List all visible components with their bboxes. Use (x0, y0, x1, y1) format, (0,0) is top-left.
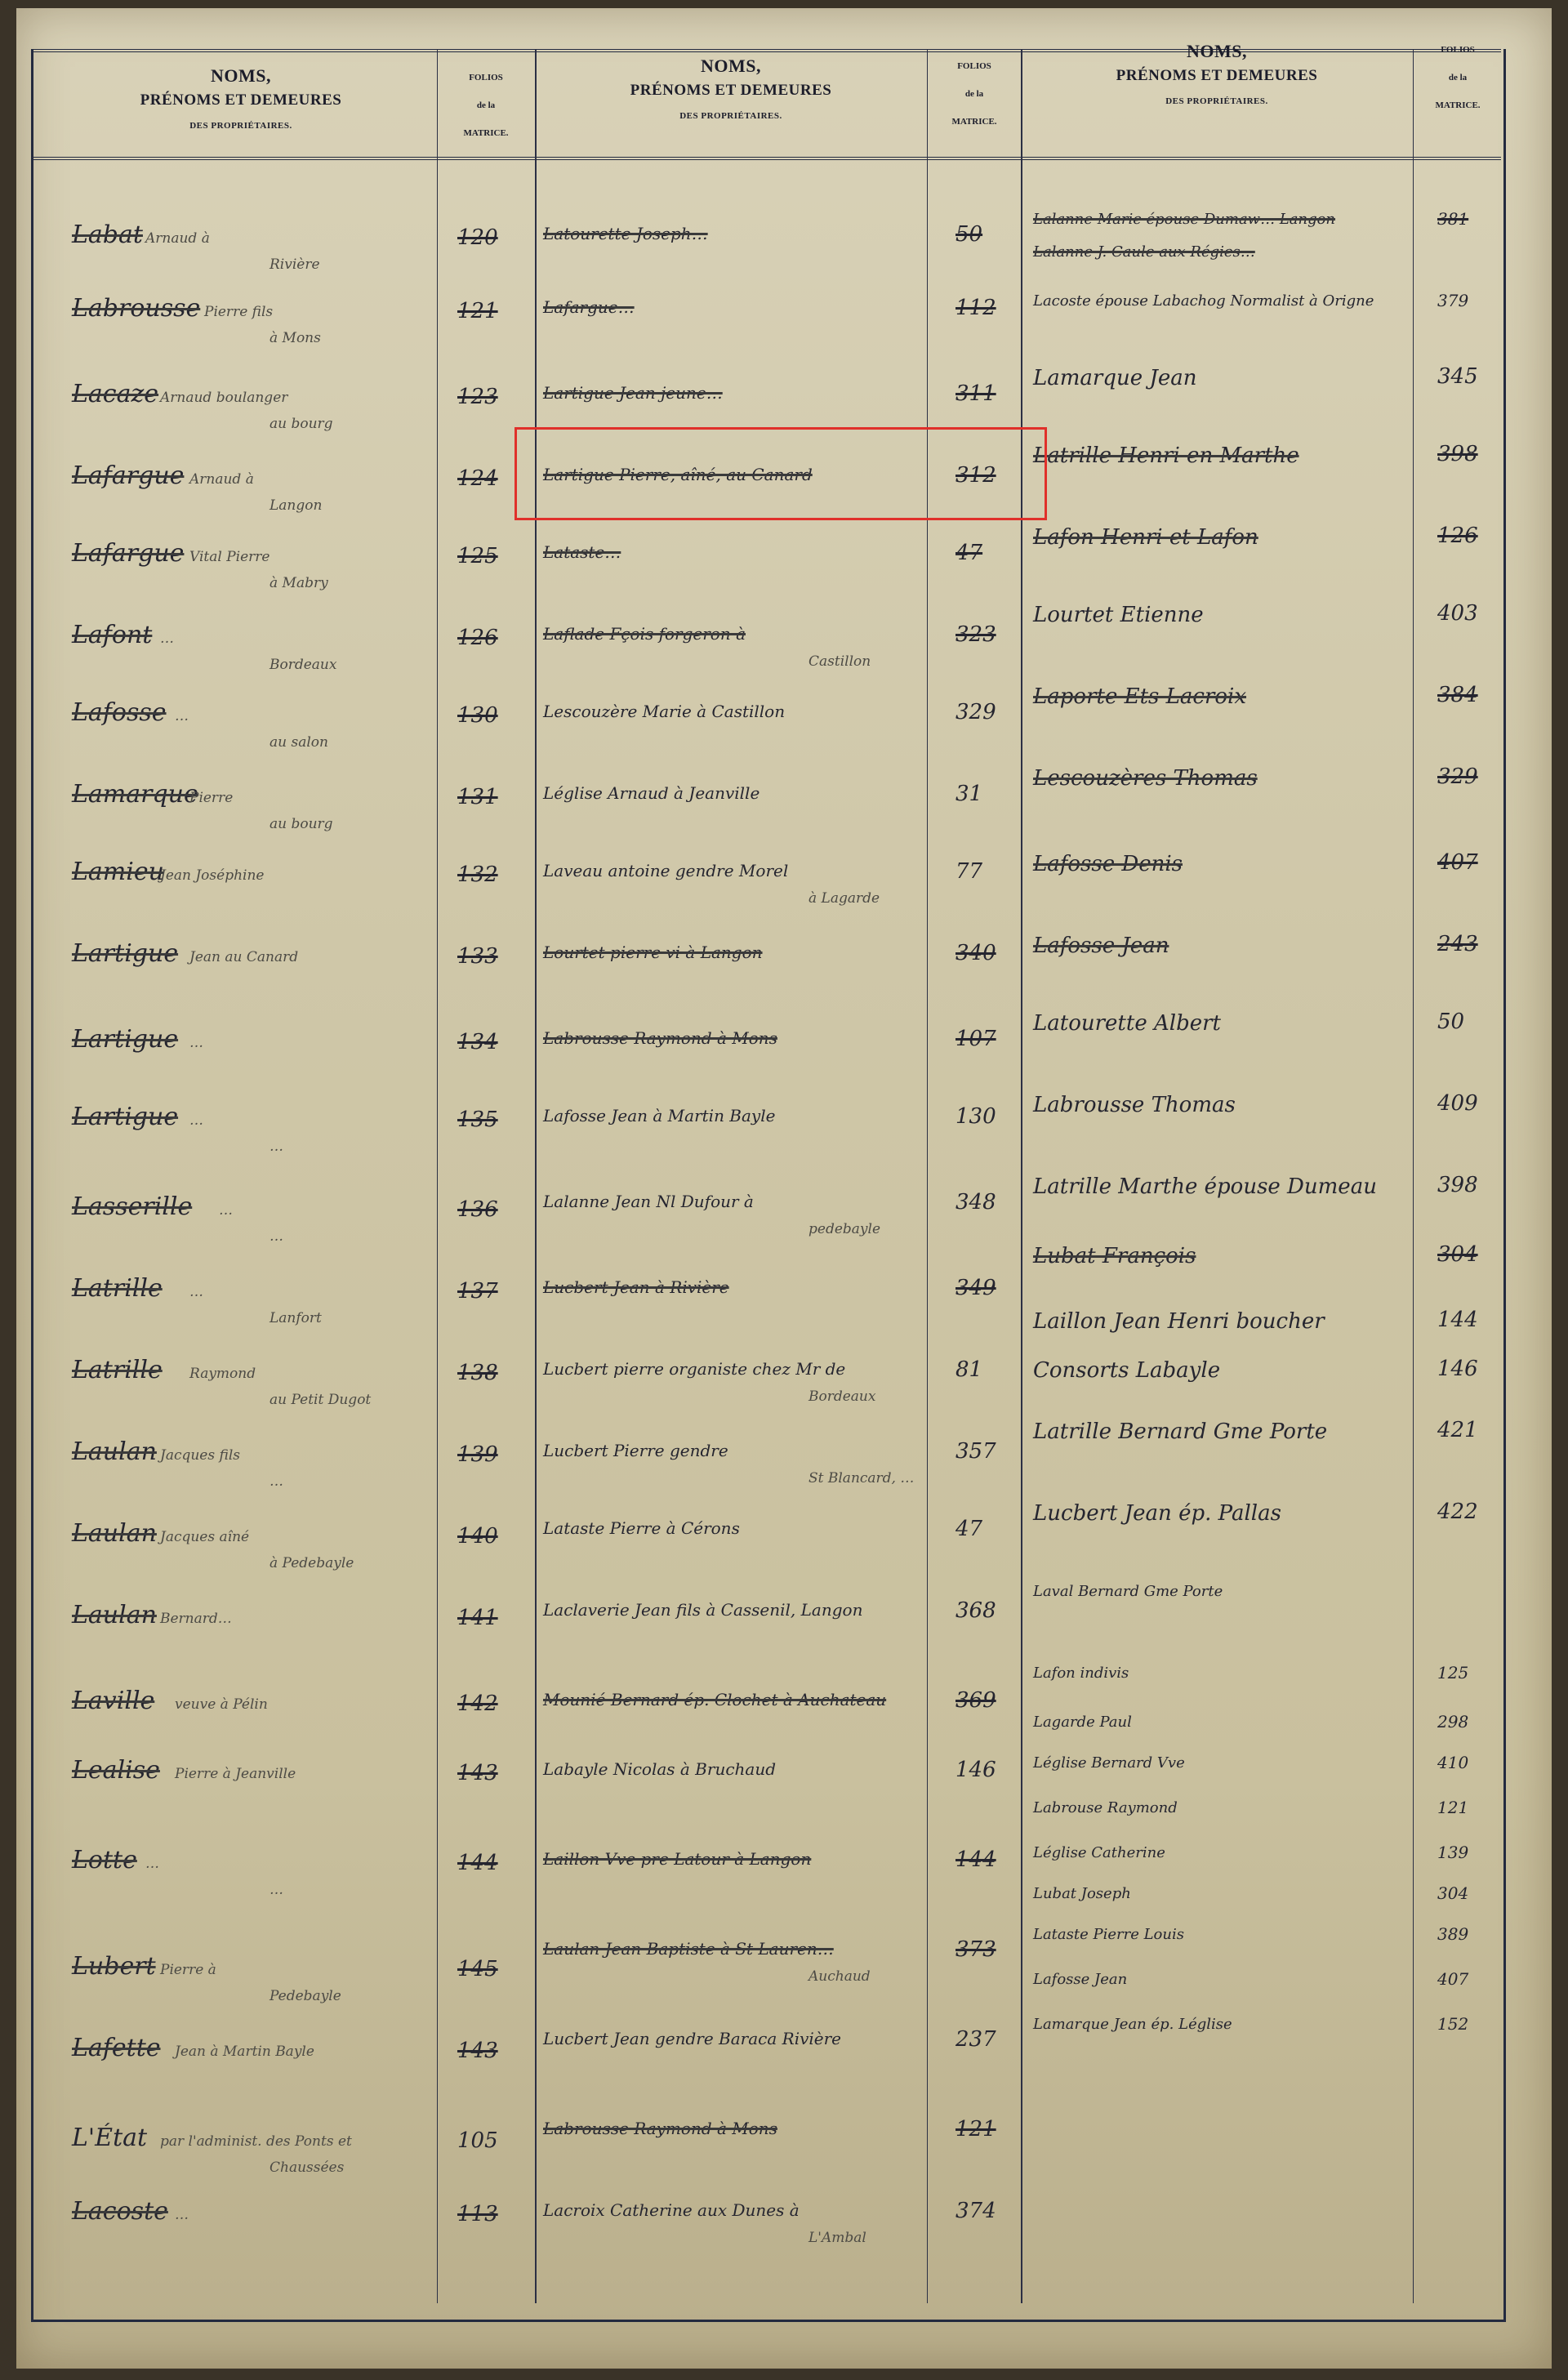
entry-name: Lalanne J. Caule aux Régies… (1033, 243, 1255, 261)
entry-detail: Jacques aîné (160, 1529, 249, 1545)
entry-residence: … (269, 1473, 283, 1490)
entry-name: Laporte Ets Lacroix (1033, 684, 1246, 709)
folio-label: FOLIOS (439, 64, 533, 91)
entry-folio: 77 (955, 859, 982, 884)
entry-name: Lafosse Jean (1033, 1971, 1127, 1988)
column-divider (535, 49, 537, 2303)
entry-name: Lafosse Denis (1033, 852, 1183, 876)
entry-name: Laillon Vve pre Latour à Langon (543, 1849, 811, 1869)
entry-folio: 113 (457, 2202, 498, 2226)
entry-folio: 298 (1437, 1712, 1468, 1732)
entry-name: Lalanne Jean Nl Dufour à (543, 1192, 754, 1211)
folio-label: de la (439, 91, 533, 119)
entry-folio: 389 (1437, 1924, 1468, 1944)
header-folios-2: FOLIOS de la MATRICE. (929, 52, 1020, 136)
entry-residence: au bourg (269, 416, 333, 432)
entry-folio: 323 (955, 622, 996, 647)
folio-label: de la (1414, 64, 1501, 91)
entry-folio: 237 (955, 2027, 996, 2052)
entry-residence: Bordeaux (808, 1388, 875, 1405)
entry-folio: 135 (457, 1108, 498, 1132)
entry-name: Laulan (72, 1601, 157, 1629)
entry-folio: 398 (1437, 1173, 1478, 1197)
header-subtitle: PRÉNOMS ET DEMEURES (539, 78, 923, 103)
entry-name: Latrille Marthe épouse Dumeau (1033, 1174, 1377, 1199)
entry-name: L'État (72, 2124, 147, 2152)
entry-detail: Jacques fils (160, 1447, 240, 1464)
column-divider (1413, 49, 1414, 2303)
entry-folio: 121 (457, 299, 498, 323)
entry-name: Lartigue (72, 939, 178, 968)
entry-name: Lucbert pierre organiste chez Mr de (543, 1359, 845, 1379)
entry-name: Lafon indivis (1033, 1665, 1129, 1682)
entry-name: Lacoste (72, 2197, 168, 2226)
entry-name: Lacaze (72, 380, 158, 408)
entry-folio: 409 (1437, 1091, 1478, 1116)
entry-residence: au bourg (269, 816, 333, 832)
entry-name: Lataste Pierre à Cérons (543, 1518, 740, 1538)
entry-detail: Pierre à Jeanville (175, 1766, 296, 1782)
entry-name: Lotte (72, 1846, 137, 1874)
entry-name: Lafargue… (543, 297, 635, 317)
header-subtitle: PRÉNOMS ET DEMEURES (1025, 64, 1409, 88)
entry-name: Lescouzères Thomas (1033, 766, 1258, 791)
entry-name: Lucbert Jean ép. Pallas (1033, 1501, 1281, 1526)
entry-folio: 384 (1437, 683, 1478, 707)
entry-name: Lubat Joseph (1033, 1885, 1131, 1902)
entry-name: Laulan (72, 1519, 157, 1548)
entry-folio: 125 (457, 544, 498, 568)
entry-folio: 141 (457, 1606, 498, 1630)
header-names-2: NOMS, PRÉNOMS ET DEMEURES DES PROPRIÉTAI… (539, 54, 923, 121)
entry-folio: 126 (457, 626, 498, 650)
entry-folio: 139 (1437, 1843, 1468, 1862)
entry-folio: 125 (1437, 1663, 1468, 1682)
entry-residence: pedebayle (808, 1221, 880, 1237)
column-divider (927, 49, 928, 2303)
highlight-box[interactable] (514, 427, 1047, 520)
entry-folio: 304 (1437, 1883, 1468, 1903)
entry-folio: 146 (1437, 1357, 1478, 1381)
entry-name: Lamarque Jean ép. Léglise (1033, 2016, 1232, 2033)
entry-detail: … (175, 708, 189, 724)
entry-name: Lourtet Etienne (1033, 603, 1204, 627)
entry-detail: … (189, 1112, 203, 1129)
entry-name: Labrousse Thomas (1033, 1093, 1236, 1117)
entry-detail: Bernard… (160, 1611, 232, 1627)
entry-detail: Raymond (189, 1366, 256, 1382)
entry-folio: 410 (1437, 1753, 1468, 1772)
entry-residence: St Blancard, … (808, 1470, 914, 1486)
entry-folio: 142 (457, 1691, 498, 1716)
entry-name: Lacoste épouse Labachog Normalist à Orig… (1033, 292, 1374, 310)
entry-detail: Arnaud boulanger (160, 390, 287, 406)
folio-label: MATRICE. (439, 119, 533, 147)
header-title: NOMS, (49, 64, 433, 88)
entry-residence: Pedebayle (269, 1988, 341, 2004)
entry-folio: 50 (955, 222, 982, 247)
entry-residence: Chaussées (269, 2159, 344, 2176)
entry-folio: 348 (955, 1190, 996, 1215)
entry-folio: 105 (457, 2128, 498, 2153)
entry-detail: Arnaud à (189, 471, 254, 488)
entry-folio: 403 (1437, 601, 1478, 626)
entry-name: Latrille (72, 1356, 163, 1384)
entry-folio: 349 (955, 1276, 996, 1300)
entry-residence: Castillon (808, 653, 871, 670)
entry-name: Lourtet pierre vi à Langon (543, 943, 763, 962)
entry-folio: 407 (1437, 850, 1478, 875)
entry-detail: … (175, 2207, 189, 2223)
entry-folio: 304 (1437, 1242, 1478, 1267)
header-caption: DES PROPRIÉTAIRES. (1025, 96, 1409, 106)
entry-name: Lartigue (72, 1025, 178, 1054)
header-subtitle: PRÉNOMS ET DEMEURES (49, 88, 433, 113)
entry-detail: … (189, 1035, 203, 1051)
entry-detail: … (160, 631, 174, 647)
entry-residence: … (269, 1139, 283, 1155)
entry-name: Lafont (72, 621, 152, 649)
entry-residence: à Mons (269, 330, 321, 346)
entry-folio: 50 (1437, 1009, 1464, 1034)
entry-name: Laillon Jean Henri boucher (1033, 1309, 1325, 1334)
entry-name: Consorts Labayle (1033, 1358, 1220, 1383)
entry-detail: veuve à Pélin (175, 1696, 268, 1713)
entry-name: Lubert (72, 1952, 156, 1981)
entry-name: Lubat François (1033, 1244, 1196, 1268)
entry-folio: 112 (955, 296, 996, 320)
entry-name: Lealise (72, 1756, 160, 1785)
folio-label: de la (929, 80, 1020, 108)
entry-residence: … (269, 1228, 283, 1245)
entry-residence: Lanfort (269, 1310, 322, 1326)
entry-name: Lafargue (72, 461, 184, 490)
entry-folio: 132 (457, 862, 498, 887)
entry-name: Labrouse Raymond (1033, 1799, 1178, 1816)
entry-name: Lucbert Pierre gendre (543, 1441, 728, 1460)
header-names-1: NOMS, PRÉNOMS ET DEMEURES DES PROPRIÉTAI… (49, 64, 433, 131)
entry-folio: 131 (457, 785, 498, 809)
entry-folio: 421 (1437, 1418, 1478, 1442)
header-caption: DES PROPRIÉTAIRES. (539, 111, 923, 121)
entry-folio: 126 (1437, 524, 1478, 548)
entry-name: Lalanne Marie épouse Dumaw… Langon (1033, 211, 1335, 228)
folio-label: MATRICE. (1414, 91, 1501, 119)
column-divider (1021, 49, 1022, 2303)
column-divider (437, 49, 438, 2303)
entry-residence: au Petit Dugot (269, 1392, 371, 1408)
header-title: NOMS, (1025, 39, 1409, 64)
entry-name: Lamarque (72, 780, 198, 809)
entry-folio: 398 (1437, 442, 1478, 466)
entry-folio: 340 (955, 941, 996, 965)
entry-detail: Pierre à (160, 1962, 216, 1978)
entry-folio: 143 (457, 2039, 498, 2063)
entry-name: Latourette Albert (1033, 1011, 1221, 1036)
entry-folio: 422 (1437, 1500, 1478, 1524)
entry-name: Léglise Catherine (1033, 1844, 1165, 1861)
entry-folio: 379 (1437, 291, 1468, 310)
entry-folio: 47 (955, 1517, 982, 1541)
entry-name: Lucbert Jean gendre Baraca Rivière (543, 2029, 841, 2048)
entry-folio: 144 (457, 1851, 498, 1875)
entry-name: Laulan Jean Baptiste à St Lauren… (543, 1939, 834, 1959)
entry-name: Laval Bernard Gme Porte (1033, 1583, 1223, 1600)
entry-folio: 136 (457, 1197, 498, 1222)
entry-folio: 139 (457, 1442, 498, 1467)
entry-folio: 143 (457, 1761, 498, 1785)
header-folios-1: FOLIOS de la MATRICE. (439, 64, 533, 147)
entry-folio: 134 (457, 1030, 498, 1054)
entry-name: Lucbert Jean à Rivière (543, 1277, 729, 1297)
entry-folio: 329 (955, 700, 996, 724)
entry-name: Lagarde Paul (1033, 1714, 1132, 1731)
entry-name: Laulan (72, 1437, 157, 1466)
entry-folio: 47 (955, 541, 982, 565)
entry-name: Laflade Fçois forgeron à (543, 624, 746, 644)
entry-name: Lafosse Jean (1033, 934, 1169, 958)
entry-name: Lataste Pierre Louis (1033, 1926, 1184, 1943)
entry-name: Lafette (72, 2034, 161, 2062)
entry-folio: 407 (1437, 1969, 1468, 1989)
entry-detail: par l'administ. des Ponts et (160, 2133, 352, 2150)
entry-folio: 374 (955, 2199, 996, 2223)
entry-name: Lamieu (72, 858, 164, 886)
entry-detail: … (219, 1202, 233, 1219)
entry-name: Labat (72, 221, 143, 249)
entry-residence: Rivière (269, 256, 320, 273)
entry-name: Lescouzère Marie à Castillon (543, 702, 785, 721)
entry-folio: 381 (1437, 209, 1468, 229)
entry-name: Lamarque Jean (1033, 366, 1196, 390)
entry-folio: 138 (457, 1361, 498, 1385)
entry-name: Lafargue (72, 539, 184, 568)
entry-folio: 140 (457, 1524, 498, 1549)
entry-residence: à Pedebayle (269, 1555, 354, 1571)
entry-folio: 357 (955, 1439, 996, 1464)
entry-name: Latourette Joseph… (543, 224, 708, 243)
entry-residence: Auchaud (808, 1968, 871, 1985)
entry-folio: 145 (457, 1957, 498, 1981)
entry-residence: Langon (269, 497, 322, 514)
entry-residence: au salon (269, 734, 328, 751)
entry-detail: … (145, 1856, 159, 1872)
entry-folio: 137 (457, 1279, 498, 1304)
entry-detail: Vital Pierre (189, 549, 269, 565)
entry-folio: 107 (955, 1027, 996, 1051)
entry-folio: 133 (457, 944, 498, 969)
entry-folio: 329 (1437, 764, 1478, 789)
entry-folio: 123 (457, 385, 498, 409)
header-title: NOMS, (539, 54, 923, 78)
entry-name: Lataste… (543, 542, 621, 562)
entry-folio: 120 (457, 225, 498, 250)
entry-folio: 345 (1437, 364, 1478, 389)
header-caption: DES PROPRIÉTAIRES. (49, 121, 433, 131)
entry-folio: 130 (457, 703, 498, 728)
entry-name: Mounié Bernard ép. Clochet à Auchateau (543, 1690, 886, 1709)
entry-name: Labrousse (72, 294, 200, 323)
folio-label: FOLIOS (929, 52, 1020, 80)
entry-folio: 311 (955, 381, 996, 406)
header-names-3: NOMS, PRÉNOMS ET DEMEURES DES PROPRIÉTAI… (1025, 39, 1409, 106)
entry-residence: à Lagarde (808, 890, 880, 907)
entry-name: Léglise Bernard Vve (1033, 1754, 1185, 1772)
entry-detail: Arnaud à (145, 230, 210, 247)
entry-name: Labrousse Raymond à Mons (543, 1028, 777, 1048)
entry-name: Laclaverie Jean fils à Cassenil, Langon (543, 1600, 862, 1620)
entry-detail: Pierre (189, 790, 233, 806)
entry-folio: 152 (1437, 2014, 1468, 2034)
entry-folio: 144 (955, 1847, 996, 1872)
entry-name: Lacroix Catherine aux Dunes à (543, 2200, 800, 2220)
entry-folio: 144 (1437, 1308, 1478, 1332)
entry-name: Laveau antoine gendre Morel (543, 861, 788, 880)
entry-folio: 368 (955, 1598, 996, 1623)
entry-folio: 81 (955, 1357, 982, 1382)
entry-detail: Jean à Martin Bayle (175, 2044, 314, 2060)
entry-detail: Jean au Canard (189, 949, 298, 965)
entry-folio: 373 (955, 1937, 996, 1962)
entry-detail: Jean Joséphine (160, 867, 264, 884)
entry-folio: 121 (1437, 1798, 1468, 1817)
entry-name: Latrille Bernard Gme Porte (1033, 1420, 1327, 1444)
entry-name: Lafon Henri et Lafon (1033, 525, 1258, 550)
entry-folio: 124 (457, 466, 498, 491)
entry-residence: L'Ambal (808, 2230, 866, 2246)
entry-name: Labayle Nicolas à Bruchaud (543, 1759, 776, 1779)
entry-name: Léglise Arnaud à Jeanville (543, 783, 759, 803)
entry-folio: 121 (955, 2117, 996, 2142)
entry-name: Labrousse Raymond à Mons (543, 2119, 777, 2138)
folio-label: FOLIOS (1414, 36, 1501, 64)
entry-residence: à Mabry (269, 575, 328, 591)
entry-name: Laville (72, 1687, 154, 1715)
entry-detail: … (189, 1284, 203, 1300)
header-folios-3: FOLIOS de la MATRICE. (1414, 36, 1501, 119)
entry-name: Lafosse Jean à Martin Bayle (543, 1106, 775, 1125)
entry-name: Lafosse (72, 698, 167, 727)
entry-name: Lasserille (72, 1192, 192, 1221)
entry-folio: 130 (955, 1104, 996, 1129)
entry-residence: Bordeaux (269, 657, 336, 673)
entry-residence: … (269, 1882, 283, 1898)
entry-folio: 243 (1437, 932, 1478, 956)
entry-name: Lartigue Jean jeune… (543, 383, 723, 403)
entry-name: Latrille (72, 1274, 163, 1303)
entry-name: Latrille Henri en Marthe (1033, 443, 1299, 468)
entry-folio: 146 (955, 1758, 996, 1782)
entry-folio: 31 (955, 782, 982, 806)
entry-name: Lartigue (72, 1103, 178, 1131)
folio-label: MATRICE. (929, 108, 1020, 136)
entry-folio: 369 (955, 1688, 996, 1713)
entry-detail: Pierre fils (204, 304, 273, 320)
